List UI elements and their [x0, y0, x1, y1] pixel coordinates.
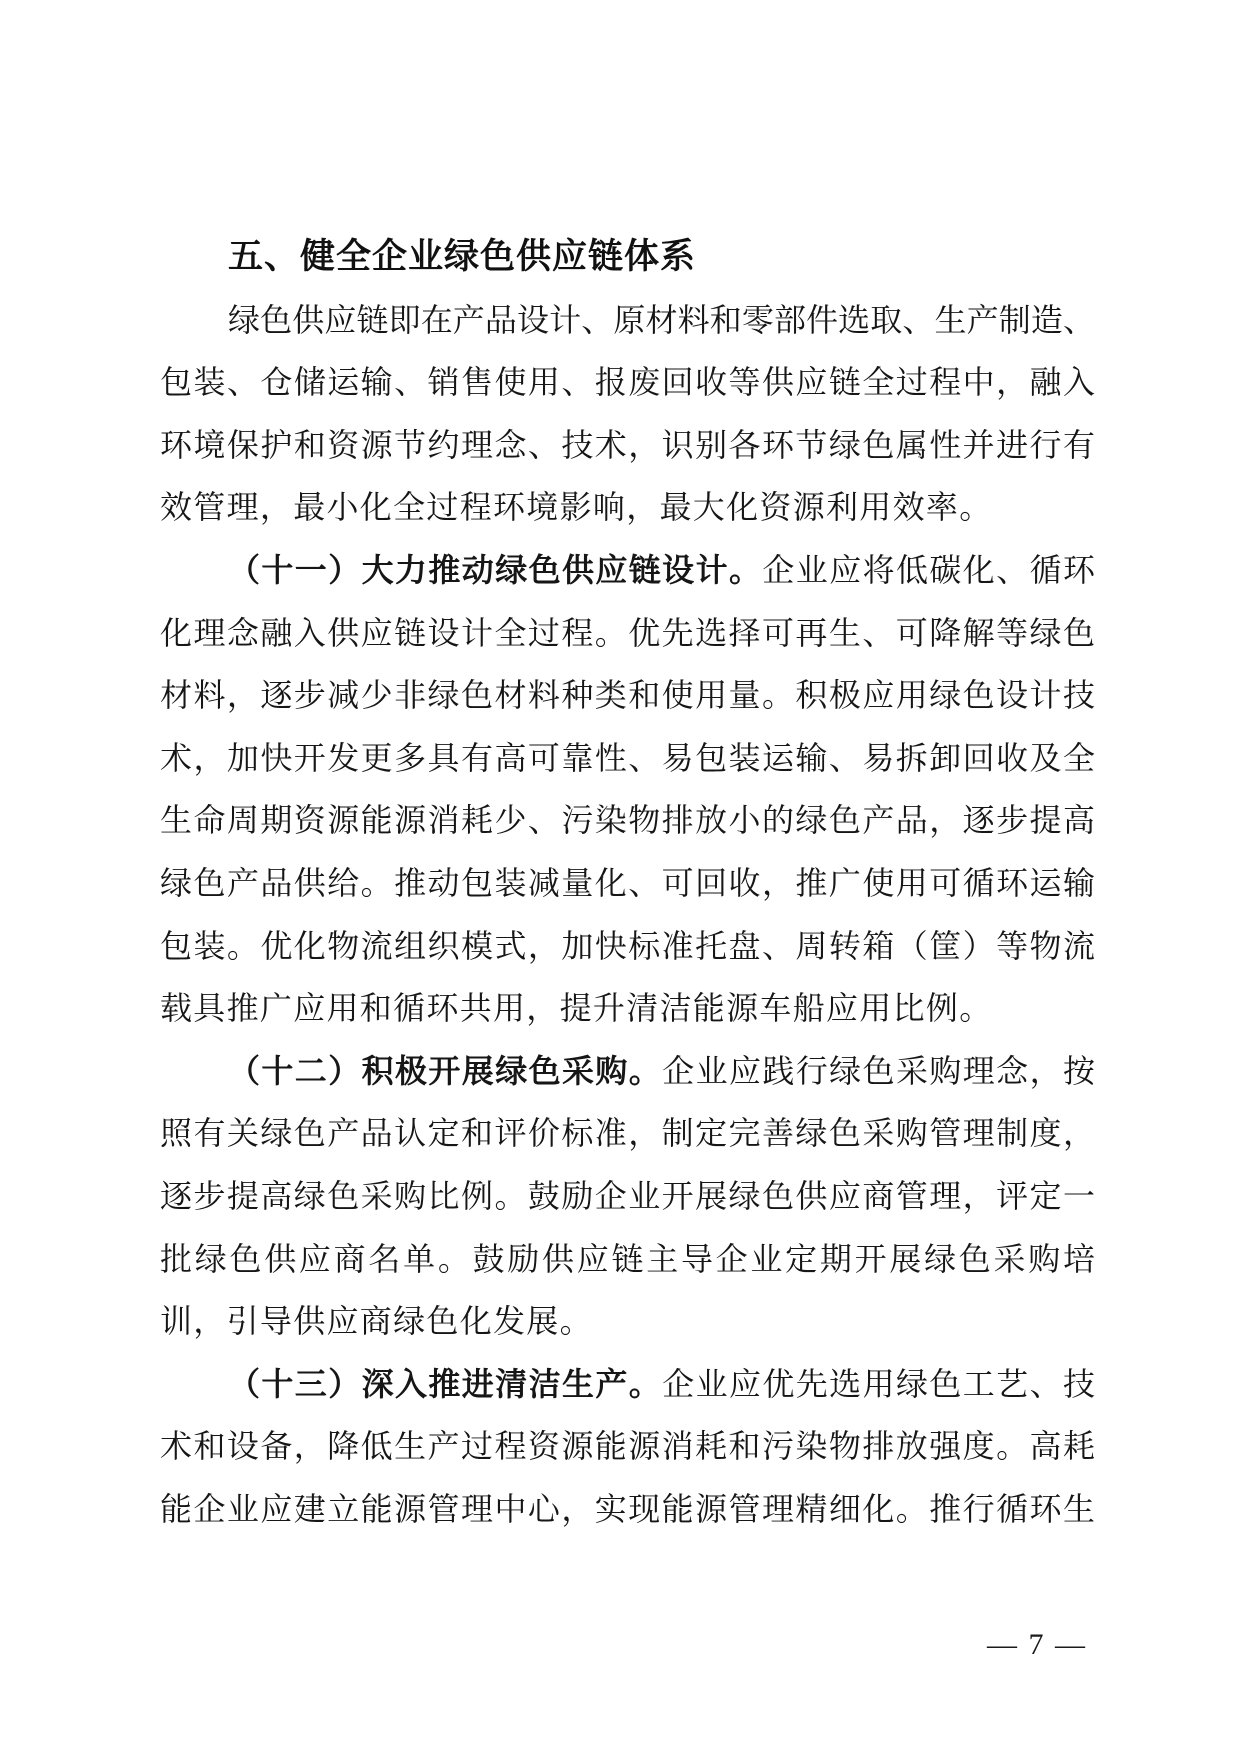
page-number: — 7 — — [987, 1628, 1087, 1662]
paragraph-text: 效管理，最小化全过程环境影响，最大化资源利用效率。 — [160, 489, 993, 525]
paragraph-text: 生命周期资源能源消耗少、污染物排放小的绿色产品，逐步提高 — [160, 802, 1095, 838]
text-line: 材料，逐步减少非绿色材料种类和使用量。积极应用绿色设计技 — [160, 664, 1095, 727]
paragraph-text: 术，加快开发更多具有高可靠性、易包装运输、易拆卸回收及全 — [160, 740, 1095, 776]
paragraph-lead-bold: （十三）深入推进清洁生产。 — [228, 1366, 662, 1402]
paragraph-text: 材料，逐步减少非绿色材料种类和使用量。积极应用绿色设计技 — [160, 677, 1095, 713]
text-line: 包装。优化物流组织模式，加快标准托盘、周转箱（筐）等物流 — [160, 915, 1095, 978]
text-line: 术和设备，降低生产过程资源能源消耗和污染物排放强度。高耗 — [160, 1415, 1095, 1478]
paragraph-text: 环境保护和资源节约理念、技术，识别各环节绿色属性并进行有 — [160, 427, 1095, 463]
text-line: 效管理，最小化全过程环境影响，最大化资源利用效率。 — [160, 476, 1095, 539]
paragraph-lead-bold: （十一）大力推动绿色供应链设计。 — [228, 552, 762, 588]
text-line: 逐步提高绿色采购比例。鼓励企业开展绿色供应商管理，评定一 — [160, 1165, 1095, 1228]
text-line: 环境保护和资源节约理念、技术，识别各环节绿色属性并进行有 — [160, 414, 1095, 477]
paragraph-text: 化理念融入供应链设计全过程。优先选择可再生、可降解等绿色 — [160, 615, 1095, 651]
text-line: 能企业应建立能源管理中心，实现能源管理精细化。推行循环生 — [160, 1478, 1095, 1541]
paragraph-text: 绿色供应链即在产品设计、原材料和零部件选取、生产制造、 — [228, 302, 1095, 338]
paragraph-text: 术和设备，降低生产过程资源能源消耗和污染物排放强度。高耗 — [160, 1428, 1095, 1464]
text-line: （十一）大力推动绿色供应链设计。企业应将低碳化、循环 — [160, 539, 1095, 602]
text-line: 照有关绿色产品认定和评价标准，制定完善绿色采购管理制度， — [160, 1102, 1095, 1165]
text-line: （十二）积极开展绿色采购。企业应践行绿色采购理念，按 — [160, 1040, 1095, 1103]
paragraph-text: 包装。优化物流组织模式，加快标准托盘、周转箱（筐）等物流 — [160, 928, 1095, 964]
paragraph-text: 载具推广应用和循环共用，提升清洁能源车船应用比例。 — [160, 990, 993, 1026]
paragraph-text: 企业应优先选用绿色工艺、技 — [662, 1366, 1095, 1402]
section-heading: 五、健全企业绿色供应链体系 — [160, 226, 1095, 289]
text-line: 包装、仓储运输、销售使用、报废回收等供应链全过程中，融入 — [160, 351, 1095, 414]
text-line: （十三）深入推进清洁生产。企业应优先选用绿色工艺、技 — [160, 1353, 1095, 1416]
text-line: 绿色产品供给。推动包装减量化、可回收，推广使用可循环运输 — [160, 852, 1095, 915]
text-line: 化理念融入供应链设计全过程。优先选择可再生、可降解等绿色 — [160, 602, 1095, 665]
paragraph-text: 批绿色供应商名单。鼓励供应链主导企业定期开展绿色采购培 — [160, 1241, 1095, 1277]
paragraph-text: 照有关绿色产品认定和评价标准，制定完善绿色采购管理制度， — [160, 1115, 1095, 1151]
document-page: 五、健全企业绿色供应链体系 绿色供应链即在产品设计、原材料和零部件选取、生产制造… — [0, 0, 1240, 1753]
paragraph-text: 包装、仓储运输、销售使用、报废回收等供应链全过程中，融入 — [160, 364, 1095, 400]
paragraph-text: 企业应将低碳化、循环 — [762, 552, 1095, 588]
text-line: 训，引导供应商绿色化发展。 — [160, 1290, 1095, 1353]
paragraph-lead-bold: （十二）积极开展绿色采购。 — [228, 1053, 662, 1089]
paragraph-text: 能企业应建立能源管理中心，实现能源管理精细化。推行循环生 — [160, 1491, 1095, 1527]
paragraph-text: 训，引导供应商绿色化发展。 — [160, 1303, 593, 1339]
paragraph-text: 绿色产品供给。推动包装减量化、可回收，推广使用可循环运输 — [160, 865, 1095, 901]
document-body: 五、健全企业绿色供应链体系 绿色供应链即在产品设计、原材料和零部件选取、生产制造… — [160, 226, 1095, 1540]
text-line: 术，加快开发更多具有高可靠性、易包装运输、易拆卸回收及全 — [160, 727, 1095, 790]
text-line: 绿色供应链即在产品设计、原材料和零部件选取、生产制造、 — [160, 289, 1095, 352]
paragraph-lines: 绿色供应链即在产品设计、原材料和零部件选取、生产制造、包装、仓储运输、销售使用、… — [160, 289, 1095, 1541]
paragraph-text: 逐步提高绿色采购比例。鼓励企业开展绿色供应商管理，评定一 — [160, 1178, 1095, 1214]
text-line: 生命周期资源能源消耗少、污染物排放小的绿色产品，逐步提高 — [160, 789, 1095, 852]
paragraph-text: 企业应践行绿色采购理念，按 — [662, 1053, 1095, 1089]
text-line: 载具推广应用和循环共用，提升清洁能源车船应用比例。 — [160, 977, 1095, 1040]
text-line: 批绿色供应商名单。鼓励供应链主导企业定期开展绿色采购培 — [160, 1228, 1095, 1291]
